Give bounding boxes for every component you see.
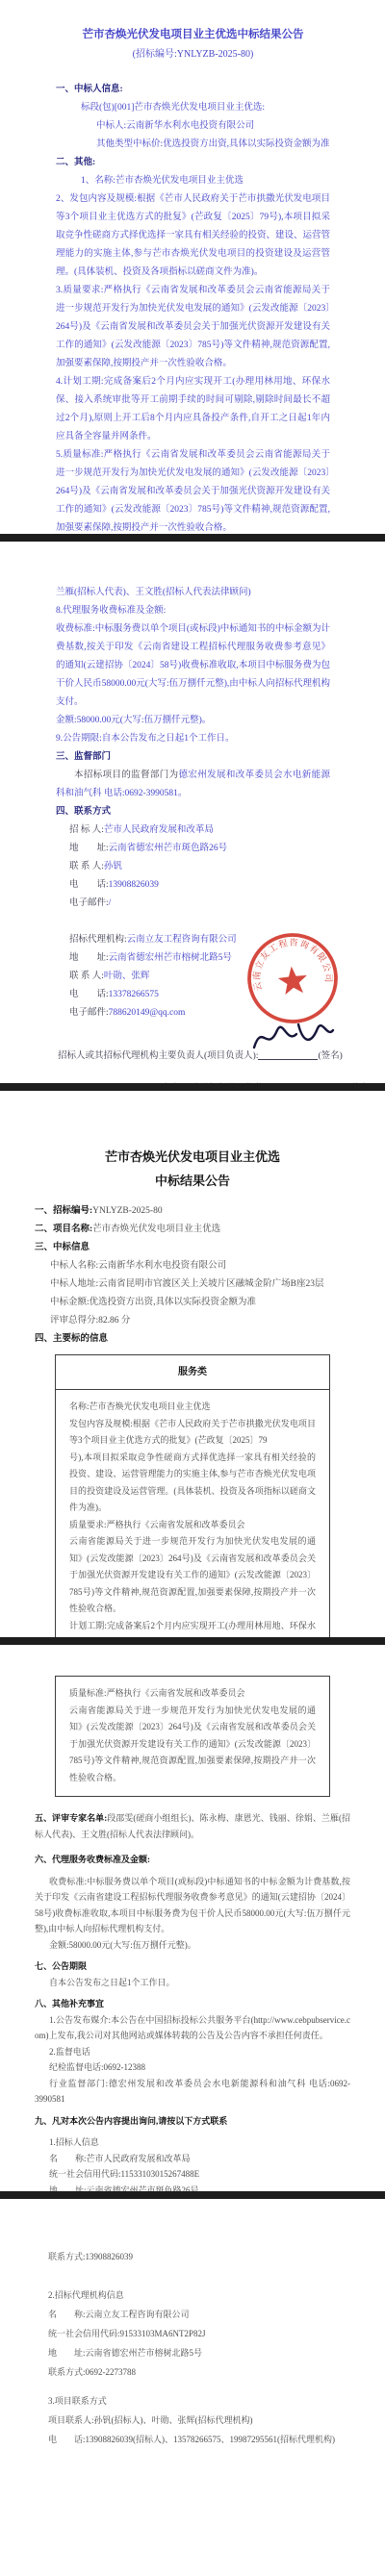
service-table: 服务类 名称:芒市杏焕光伏发电项目业主优选 发包内容及规模:根据《芒市人民政府关… — [55, 1354, 330, 1637]
agency-info-code: 统一社会信用代码:91533103MA6NT2P82J — [48, 2324, 341, 2343]
tenderer-phone-value: 13908826039 — [109, 880, 159, 890]
bid-price-line: 其他类型中标价:优选投资方出资,具体以实际投资金额为准 — [96, 136, 330, 154]
agency-address-label: 地 址: — [69, 953, 109, 963]
page-5: 联系方式:13908826039 2.招标代理机构信息 名 称:云南立友工程咨询… — [0, 2199, 385, 2576]
service-table-body: 名称:芒市杏焕光伏发电项目业主优选 发包内容及规模:根据《芒市人民政府关于芒市拱… — [56, 1390, 329, 1637]
tenderer-name-value: 芒市人民政府发展和改革局 — [104, 825, 214, 835]
agency-name-label: 招标代理机构: — [69, 935, 127, 945]
service-table-header: 服务类 — [56, 1355, 329, 1390]
table-quality-row-1: 质量要求:严格执行《云南省发展和改革委员会 — [69, 1517, 316, 1534]
tenderer-contact-label: 联 系 人: — [69, 862, 104, 871]
page-2: 兰雁(招标人代表)、王文胜(招标人代表法律顾问) 8.代理服务收费标准及金额: … — [0, 542, 385, 1083]
supervision-lead: 本招标项目的监督部门为 — [74, 770, 179, 780]
project-contact-heading: 3.项目联系方式 — [48, 2391, 341, 2411]
agency-email-label: 电子邮件: — [69, 1008, 109, 1018]
winner-line: 中标人:云南新华水利水电投资有限公司 — [96, 117, 330, 136]
page-3: 芒市杏焕光伏发电项目业主优选 中标结果公告 一、招标编号:YNLYZB-2025… — [0, 1091, 385, 1637]
experts-section: 五、评审专家名单:段邵雯(磋商小组组长)、陈永梅、康恩光、钱丽、徐娟、兰雁(招标… — [35, 1810, 350, 1842]
tenderer-email-line: 电子邮件:/ — [69, 895, 330, 913]
notice-period-line: 9.公告期限:自本公告发布之日起1个工作日。 — [56, 730, 330, 748]
project-name-value: 芒市杏焕光伏发电项目业主优选 — [92, 1225, 220, 1234]
inquiry-heading: 九、凡对本次公告内容提出询问,请按以下方式联系 — [35, 2113, 350, 2130]
experts-continued-line: 兰雁(招标人代表)、王文胜(招标人代表法律顾问) — [56, 584, 330, 602]
quality-requirement-paragraph: 3.质量要求:严格执行《云南省发展和改革委员会云南省能源局关于进一步规范开发行为… — [56, 282, 330, 373]
section-3-heading: 三、监督部门 — [56, 748, 330, 767]
agency-contact-label: 联 系 人: — [69, 972, 104, 981]
supervision-line: 本招标项目的监督部门为德宏州发展和改革委员会水电新能源科和油气科 电话:0692… — [56, 767, 330, 803]
agency-name-value: 云南立友工程咨询有限公司 — [127, 935, 237, 945]
tenderer-phone-line: 电 话:13908826039 — [69, 876, 330, 895]
tender-number-subtitle: (招标编号:YNLYZB-2025-80) — [56, 44, 330, 65]
tenderer-address-value: 云南省德宏州芒市斑色路26号 — [109, 844, 228, 853]
agency-email-value: 788620149@qq.com — [109, 1008, 186, 1018]
tender-number-value: YNLYZB-2025-80 — [92, 1206, 162, 1216]
agency-info-address: 地 址:云南省德宏州芒市榕树北路5号 — [48, 2343, 341, 2362]
experts-heading: 五、评审专家名单: — [35, 1813, 107, 1823]
tenderer-contact-value: 孙钒 — [104, 862, 122, 871]
supplement-heading: 八、其他补充事宜 — [35, 1996, 350, 2012]
agency-fee-paragraph: 收费标准:中标服务费以单个项目(或标段)中标通知书的中标金额为计费基数,按关于印… — [56, 620, 330, 712]
table-scope-row-1: 发包内容及规模:根据《芒市人民政府关于芒市拱撒光伏发电项目等3个项目业主优选方式… — [69, 1416, 316, 1450]
section-2-heading: 二、其他: — [56, 154, 330, 172]
agency-contact-value: 叶勋、张辉 — [104, 972, 150, 981]
seal-star — [277, 965, 309, 996]
service-table-continued-body: 质量标准:严格执行《云南省发展和改革委员会 云南省能源局关于进一步规范开发行为加… — [56, 1677, 329, 1796]
agency-info-name: 名 称:云南立友工程咨询有限公司 — [48, 2305, 341, 2324]
service-table-continued: 质量标准:严格执行《云南省发展和改革委员会 云南省能源局关于进一步规范开发行为加… — [55, 1676, 330, 1797]
project-contact-phones: 电 话:13908826039(招标人)、13578266575、1998729… — [48, 2430, 341, 2449]
tenderer-contact-line: 联系方式:13908826039 — [48, 2247, 341, 2266]
table-schedule-row: 计划工期:完成备案后2个月内应实现开工(办理用林用地、环保水保、接入系统审批等开… — [69, 1618, 316, 1638]
tenderer-email-label: 电子邮件: — [69, 898, 109, 908]
industry-supervision-line: 行业监督部门:德宏州发展和改革委员会水电新能源科和油气科 电话:0692-399… — [35, 2076, 350, 2108]
tenderer-address-line: 地 址:云南省德宏州芒市斑色路26号 — [69, 840, 330, 858]
tender-number-line: 一、招标编号:YNLYZB-2025-80 — [35, 1202, 350, 1221]
period-body: 自本公告发布之日起1个工作日。 — [35, 1975, 350, 1991]
win-info-heading: 三、中标信息 — [35, 1239, 350, 1257]
page-separator — [0, 534, 385, 542]
result-title-line1: 芒市杏焕光伏发电项目业主优选 — [35, 1145, 350, 1170]
project-name-label: 二、项目名称: — [35, 1225, 92, 1234]
period-heading: 七、公告期限 — [35, 1958, 350, 1975]
table-standard-row-1: 质量标准:严格执行《云南省发展和改革委员会 — [69, 1685, 316, 1703]
discipline-phone-line: 纪检监督电话:0692-12388 — [35, 2059, 350, 2076]
stamp-blank — [267, 1082, 347, 1083]
quality-standard-paragraph: 5.质量标准:严格执行《云南省发展和改革委员会云南省能源局关于进一步规范开发行为… — [56, 446, 330, 534]
schedule-paragraph: 4.计划工期:完成备案后2个月内应实现开工(办理用林用地、环保水保、接入系统审批… — [56, 373, 330, 446]
agency-info-heading: 2.招标代理机构信息 — [48, 2286, 341, 2305]
page-separator — [0, 2191, 385, 2199]
winner-amount-line: 中标金额:优选投资方出资,具体以实际投资金额为准 — [50, 1294, 350, 1312]
tenderer-contact-line: 联 系 人:孙钒 — [69, 858, 330, 876]
section-1-heading: 一、中标人信息: — [56, 81, 330, 99]
page-separator — [0, 1083, 385, 1091]
table-quality-row-2: 云南省能源局关于进一步规范开发行为加快光伏发电发展的通知》(云发改能源〔2023… — [69, 1533, 316, 1618]
agency-info-contact: 联系方式:0692-2273788 — [48, 2362, 341, 2382]
table-name-row: 名称:芒市杏焕光伏发电项目业主优选 — [69, 1399, 316, 1416]
lot-line: 标段(包)[001]芒市杏焕光伏发电项目业主优选: — [81, 99, 330, 117]
fee-heading: 六、代理服务收费标准及金额: — [35, 1852, 350, 1868]
signature-zone: 招标人或其招标代理机构主要负责人(项目负责人):(签名) 招标人或其招标代理机构… — [56, 1048, 330, 1083]
table-scope-row-2: 号),本项目拟采取竞争性磋商方式择优选择一家具有相关经验的投资、建设、运营管理能… — [69, 1450, 316, 1517]
tenderer-info-address: 地 址:云南省德宏州芒市斑色路26号 — [35, 2183, 350, 2192]
winner-name-line: 中标人名称:云南新华水利水电投资有限公司 — [50, 1257, 350, 1275]
project-name-line: 二、项目名称:芒市杏焕光伏发电项目业主优选 — [35, 1221, 350, 1239]
page-separator — [0, 1637, 385, 1645]
scope-paragraph: 2、发包内容及规模:根据《芒市人民政府关于芒市拱撒光伏发电项目等3个项目业主优选… — [56, 190, 330, 282]
tenderer-name-line: 招 标 人:芒市人民政府发展和改革局 — [69, 821, 330, 840]
subject-info-heading: 四、主要标的信息 — [35, 1330, 350, 1349]
agency-address-value: 云南省德宏州芒市榕树北路5号 — [109, 953, 232, 963]
agency-fee-amount: 金额:58000.00元(大写:伍万捌仟元整)。 — [56, 712, 330, 730]
tenderer-name-label: 招 标 人: — [69, 825, 104, 835]
section-4-heading: 四、联系方式 — [56, 803, 330, 821]
agency-stamp-line: 招标人或其招标代理机构:(盖章) — [164, 1080, 330, 1083]
project-name-item: 1、名称:芒市杏焕光伏发电项目业主优选 — [81, 172, 330, 190]
tenderer-email-value: / — [109, 898, 112, 908]
tenderer-info-code: 统一社会信用代码:11533103015267488E — [35, 2166, 350, 2183]
winner-address-line: 中标人地址:云南省昆明市官渡区关上关坡片区融城金阶广场B座23层 — [50, 1275, 350, 1294]
table-standard-row-2: 云南省能源局关于进一步规范开发行为加快光伏发电发展的通知》(云发改能源〔2023… — [69, 1703, 316, 1787]
publish-media-line: 1.公告发布媒介:本公告在中国招标投标公共服务平台(http://www.ceb… — [35, 2012, 350, 2044]
page-4: 质量标准:严格执行《云南省发展和改革委员会 云南省能源局关于进一步规范开发行为加… — [0, 1645, 385, 2191]
project-contact-persons: 项目联系人:孙钒(招标人)、叶勋、张辉(招标代理机构) — [48, 2411, 341, 2430]
responsible-person-label: 招标人或其招标代理机构主要负责人(项目负责人): — [58, 1051, 258, 1061]
tenderer-phone-label: 电 话: — [69, 880, 109, 890]
tender-number-label: 一、招标编号: — [35, 1206, 92, 1216]
tenderer-info-name: 名 称:芒市人民政府发展和改革局 — [35, 2151, 350, 2167]
agency-phone-label: 电 话: — [69, 990, 109, 999]
document-viewer: 芒市杏焕光伏发电项目业主优选中标结果公告 (招标编号:YNLYZB-2025-8… — [0, 0, 385, 2576]
page-1: 芒市杏焕光伏发电项目业主优选中标结果公告 (招标编号:YNLYZB-2025-8… — [0, 0, 385, 534]
supervision-phone-heading: 2.监督电话 — [35, 2044, 350, 2060]
company-seal: 云南立友工程咨询有限公司 — [240, 925, 346, 1031]
agency-phone-value: 13378266575 — [109, 990, 159, 999]
agency-fee-heading: 8.代理服务收费标准及金额: — [56, 602, 330, 620]
tenderer-info-heading: 1.招标人信息 — [35, 2134, 350, 2151]
winner-score-line: 评审总得分:82.86 分 — [50, 1312, 350, 1330]
announcement-title: 芒市杏焕光伏发电项目业主优选中标结果公告 — [56, 25, 330, 44]
spacer — [56, 913, 330, 931]
fee-amount-line: 金额:58000.00元(大写:伍万捌仟元整)。 — [35, 1937, 350, 1954]
fee-paragraph: 收费标准:中标服务费以单个项目(或标段)中标通知书的中标金额为计费基数,按关于印… — [35, 1874, 350, 1937]
tenderer-address-label: 地 址: — [69, 844, 109, 853]
result-title-line2: 中标结果公告 — [35, 1170, 350, 1193]
